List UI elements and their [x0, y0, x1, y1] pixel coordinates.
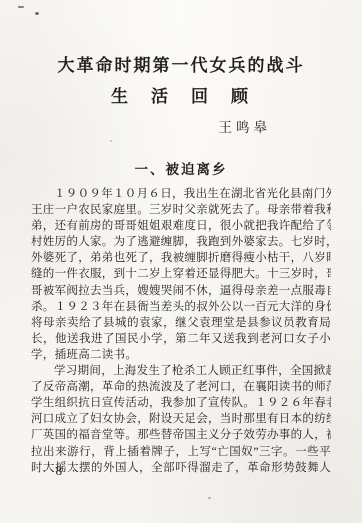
article-title-line2: 生 活 回 顾: [31, 85, 331, 109]
author-name: 王鸣皋: [31, 118, 331, 138]
body-text-line: 外婆死了，弟弟也死了，我被缠脚折磨得瘦小枯干，八岁时: [31, 250, 331, 266]
body-text-line: 弟，还有前房的哥哥姐姐艰难度日，很小就把我许配给了邻: [31, 218, 331, 234]
body-text: １９０９年１０月６日，我出生在湖北省光化县南门外 王庄一户农民家庭里。三岁时父亲…: [31, 186, 331, 476]
body-text-line: 学生组织抗日宣传活动，我参加了宣传队。１９２６年春老: [31, 395, 331, 411]
article-title-line1: 大革命时期第一代女兵的战斗: [31, 54, 331, 78]
body-text-line: 将母亲卖给了县城的袁家，继父袁理堂是县参议员教育局: [31, 315, 331, 331]
body-text-line: 杀。１９２３年在县衙当差头的叔外公以一百元大洋的身价: [31, 299, 331, 315]
page-content: 大革命时期第一代女兵的战斗 生 活 回 顾 王鸣皋 一、被迫离乡 １９０９年１０…: [31, 0, 331, 476]
body-text-line: １９０９年１０月６日，我出生在湖北省光化县南门外: [31, 186, 331, 202]
scanned-book-page: 大革命时期第一代女兵的战斗 生 活 回 顾 王鸣皋 一、被迫离乡 １９０９年１０…: [0, 0, 362, 523]
body-text-line: 了反帝高潮，革命的热流波及了老河口，在襄阳读书的师范: [31, 379, 331, 395]
body-text-line: 王庄一户农民家庭里。三岁时父亲就死去了。母亲带着我和弟: [31, 202, 331, 218]
body-text-line: 河口成立了妇女协会，附设天足会，当时那里有日本的纺纱: [31, 411, 331, 427]
body-text-line: 哥被军阀拉去当兵，嫂嫂哭闹不休，逼得母亲差一点服毒自: [31, 283, 331, 299]
section-heading: 一、被迫离乡: [31, 161, 331, 179]
page-number: · 8 ·: [42, 463, 79, 479]
body-text-line: 长，他送我进了国民小学，第二年又送我到老河口女子小: [31, 331, 331, 347]
body-text-line: 拉出来游行，背上插着牌子，上写“亡国奴”三字。一些平: [31, 444, 331, 460]
body-text-line: 厂英国的福音堂等。那些替帝国主义分子效劳办事的人，被: [31, 427, 331, 443]
body-text-line: 学习期间，上海发生了枪杀工人顾正红事件，全国掀起: [31, 363, 331, 379]
body-text-line: 学，插班高二读书。: [31, 347, 331, 363]
body-text-line: 村姓厉的人家。为了逃避缠脚，我跑到外婆家去。七岁时，: [31, 234, 331, 250]
body-text-line: 缝的一件衣服，到十二岁上穿着还显得肥大。十三岁时，哥: [31, 266, 331, 282]
scan-speck: [208, 497, 211, 499]
scan-edge-artifact: [18, 6, 24, 8]
